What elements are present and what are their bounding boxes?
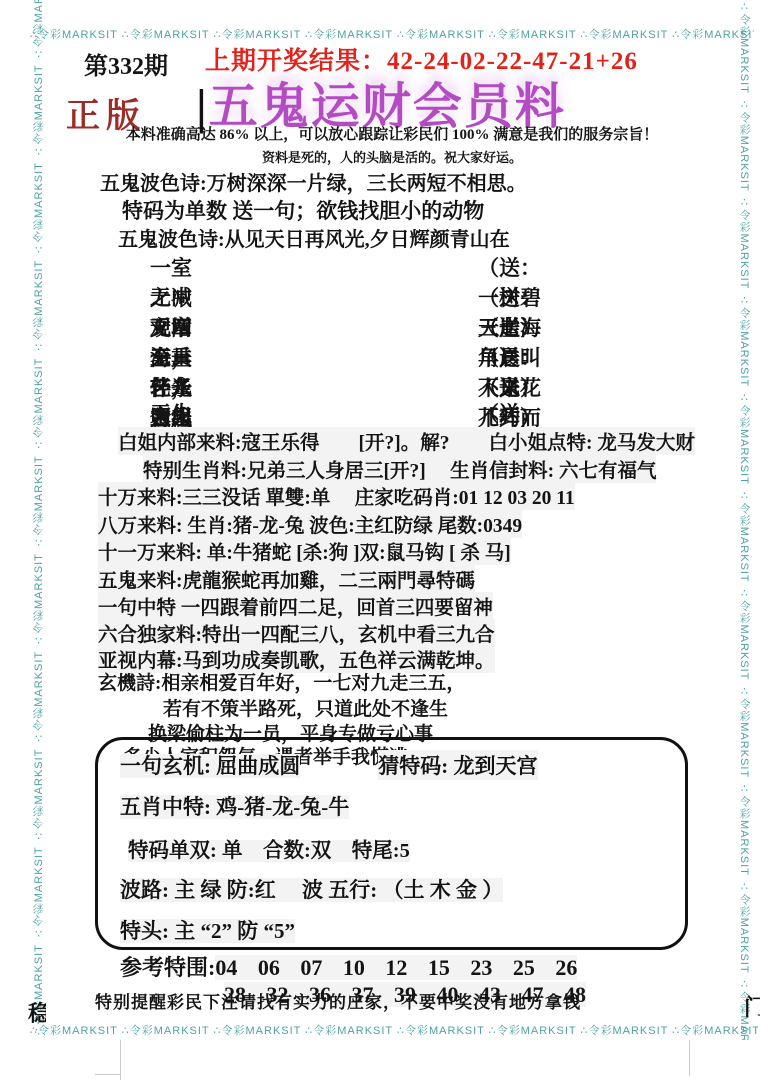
head-pick: 特头: 主 “2” 防 “5” [120, 919, 295, 943]
baijie-inside-material: 白姐内部来料:寇王乐得 [开?]。解? 白小姐点特: 龙马发大财 [118, 427, 695, 455]
special-code-hint: 特码为单数 送一句；欲钱找胆小的动物 [122, 195, 484, 225]
scan-fold-line [689, 1040, 690, 1076]
box-mystery-row: 一句玄机: 屈曲成圆猜特码: 龙到天宫 [120, 750, 685, 780]
wave-row: 波路: 主 绿 防:红 波 五行: （土 木 金 ） [120, 874, 685, 904]
issue-number: 第332期 [84, 46, 168, 81]
summary-box: 一句玄机: 屈曲成圆猜特码: 龙到天宫 五肖中特: 鸡-猪-龙-兔-牛 特码单双… [95, 737, 688, 950]
scan-fold-line [95, 1074, 121, 1075]
one-sentence-mystery: 一句玄机: 屈曲成圆 [120, 754, 300, 778]
one-ten-thousand-material: 十一万来料: 单:牛猪蛇 [杀:狗 ]双:鼠马钩 [ 杀 马] [98, 537, 511, 565]
range-label: 参考特围: [120, 955, 215, 980]
special-zodiac-material: 特别生肖料:兄弟三人身居三[开?] 生肖信封料: 六七有福气 [143, 455, 656, 483]
hundred-thousand-material: 十万来料:三三没话 單雙:单 庄家吃码肖:01 12 03 20 11 [98, 482, 575, 510]
mystery-poem-2: 若有不策半路死，只道此处不逢生 [163, 694, 448, 721]
wave-poem-2: 五鬼波色诗:从见天日再风光,夕日辉颜青山在 [118, 223, 510, 252]
one-sentence-special: 一句中特 一四跟着前四二足，回首三四要留神 [98, 592, 493, 620]
five-ghost-material: 五鬼来料:虎龍猴蛇再加雞，二三兩門尋特碼 [98, 565, 475, 593]
odd-even-row: 特码单双: 单 合数:双 特尾:5 [120, 833, 685, 863]
advice-note: 资料是死的，人的头脑是活的。祝大家好运。 [42, 147, 742, 166]
mystery-poem-1: 玄機詩:相亲相爱百年好，一七对九走三五， [98, 668, 465, 695]
guess-special-code: 猜特码: 龙到天宫 [378, 750, 537, 780]
edge-fragment-right: 门 [744, 991, 760, 1021]
eighty-thousand-material: 八万来料: 生肖:猪-龙-兔 波色:主红防绿 尾数:0349 [98, 510, 522, 538]
five-zodiac-pick: 五肖中特: 鸡-猪-龙-兔-牛 [120, 795, 349, 819]
lottery-tip-sheet: { "colors": { "accent_red": "#e32119", "… [0, 0, 774, 1083]
head-row: 特头: 主 “2” 防 “5” [120, 915, 685, 945]
watermark-bottom-band: ∴令彩MARKSIT ∴令彩MARKSIT ∴令彩MARKSIT ∴令彩MARK… [30, 1022, 758, 1037]
five-zodiac-row: 五肖中特: 鸡-猪-龙-兔-牛 [120, 791, 685, 821]
odd-even-pick: 特码单双: 单 合数:双 特尾:5 [128, 840, 410, 862]
liuhe-exclusive-material: 六合独家料:特出一四配三八，玄机中看三九合 [98, 619, 495, 647]
bettor-warning: 特别提醒彩民下注请找有实力的庄家，不要中奖没有地方拿钱 [95, 988, 581, 1013]
wave-poem-1: 五鬼波色诗:万树深深一片绿，三长两短不相思。 [100, 167, 527, 196]
range-row-1: 参考特围:04 06 07 10 12 15 23 25 26 [120, 951, 685, 982]
range-numbers-1: 04 06 07 10 12 15 23 25 26 [215, 955, 577, 980]
wave-pick: 波路: 主 绿 防:红 波 五行: （土 木 金 ） [120, 878, 503, 902]
edge-fragment-left: 稳 [28, 997, 46, 1023]
accuracy-slogan: 本料准确高达 86% 以上，可以放心跟踪让彩民们 100% 满意是我们的服务宗旨… [42, 123, 742, 144]
watermark-top-band: ∴令彩MARKSIT ∴令彩MARKSIT ∴令彩MARKSIT ∴令彩MARK… [30, 26, 754, 41]
